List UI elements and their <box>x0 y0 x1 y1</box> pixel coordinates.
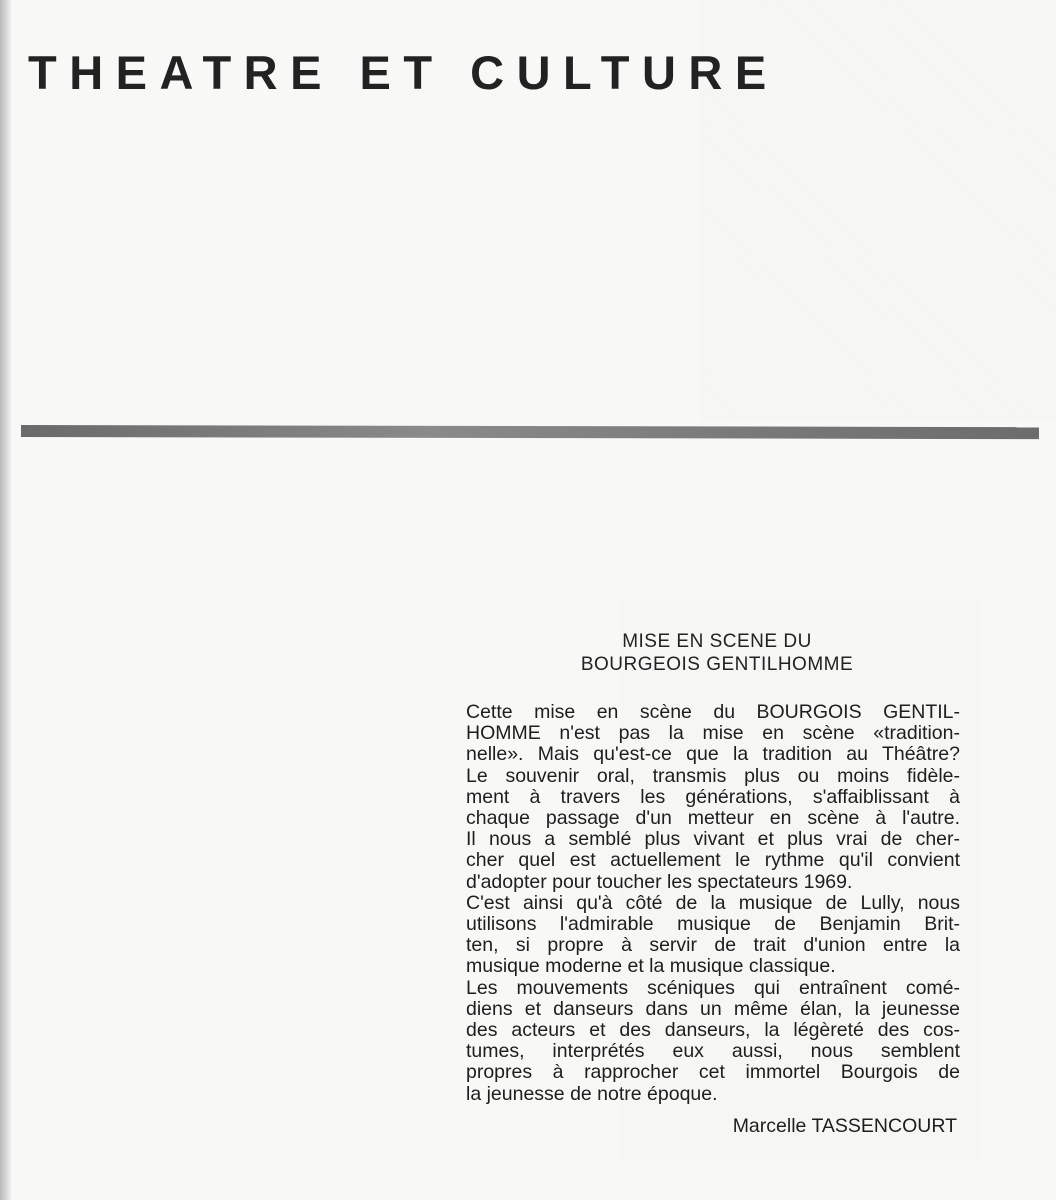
article-body-line: la jeunesse de notre époque. <box>466 1084 960 1105</box>
article-body-line: cher quel est actuellement le rythme qu'… <box>466 850 960 871</box>
article-body-line: Les mouvements scéniques qui entraînent … <box>466 978 960 999</box>
article-body-line: musique moderne et la musique classique. <box>466 956 960 977</box>
article-body-line: chaque passage d'un metteur en scène à l… <box>466 808 960 829</box>
article-body-line: HOMME n'est pas la mise en scène «tradit… <box>466 723 960 744</box>
article-heading: MISE EN SCENE DU BOURGEOIS GENTILHOMME <box>466 630 960 676</box>
article-body-line: utilisons l'admirable musique de Benjami… <box>466 914 960 935</box>
article-signature: Marcelle TASSENCOURT <box>466 1115 960 1138</box>
article-body: Cette mise en scène du BOURGOIS GENTIL-H… <box>466 702 960 1105</box>
article-body-line: propres à rapprocher cet immortel Bourgo… <box>466 1062 960 1083</box>
page-title: THEATRE ET CULTURE <box>28 49 779 96</box>
page-binding-edge <box>0 0 12 1200</box>
article-heading-line: MISE EN SCENE DU <box>474 630 960 653</box>
article-body-line: ten, si propre à servir de trait d'union… <box>466 935 960 956</box>
article-body-line: des acteurs et des danseurs, la légèreté… <box>466 1020 960 1041</box>
article-body-line: C'est ainsi qu'à côté de la musique de L… <box>466 893 960 914</box>
article-body-line: Cette mise en scène du BOURGOIS GENTIL- <box>466 702 960 723</box>
article-body-line: diens et danseurs dans un même élan, la … <box>466 999 960 1020</box>
article-body-line: tumes, interprétés eux aussi, nous sembl… <box>466 1041 960 1062</box>
article-body-line: nelle». Mais qu'est-ce que la tradition … <box>466 744 960 765</box>
article-body-line: Le souvenir oral, transmis plus ou moins… <box>466 766 960 787</box>
horizontal-divider <box>21 425 1039 439</box>
article-body-line: d'adopter pour toucher les spectateurs 1… <box>466 872 960 893</box>
article-body-line: ment à travers les générations, s'affaib… <box>466 787 960 808</box>
article-body-line: Il nous a semblé plus vivant et plus vra… <box>466 829 960 850</box>
article: MISE EN SCENE DU BOURGEOIS GENTILHOMME C… <box>466 630 960 1138</box>
article-heading-line: BOURGEOIS GENTILHOMME <box>474 653 960 676</box>
